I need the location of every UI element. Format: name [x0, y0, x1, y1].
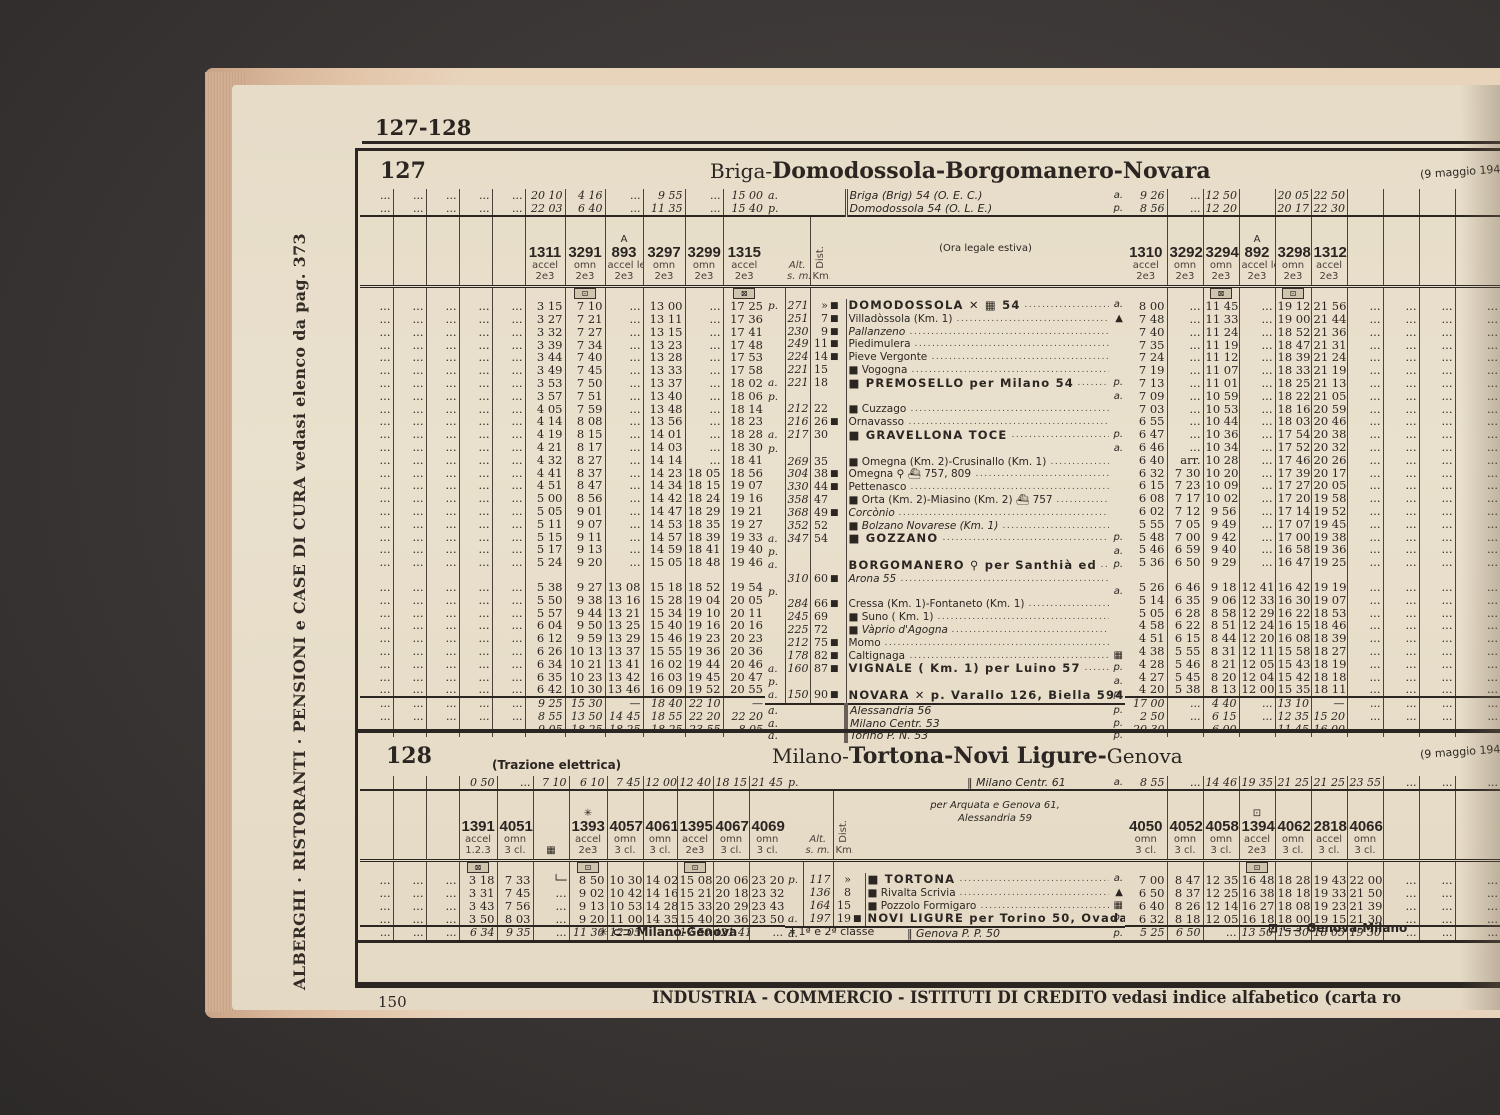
time-row: ...............4 418 37...14 2318 0518 5…: [360, 467, 765, 480]
time-row: ...............4 518 47...14 3418 1519 0…: [360, 479, 765, 492]
time-row: .........3 317 45...9 0210 4214 1615 212…: [360, 887, 785, 900]
time-cell: 10 20: [1203, 467, 1239, 480]
train-column-header: 3292omn2e3: [1167, 216, 1203, 286]
time-cell: ...: [360, 377, 393, 390]
train-header-row: 4050omn3 cl.4052omn3 cl.4058omn3 cl.⊡139…: [1125, 790, 1500, 860]
time-cell: 20 46: [723, 658, 765, 671]
station-name: Pettenasco..............................…: [846, 481, 1125, 494]
time-cell: 19 16: [685, 619, 723, 632]
time-cell: ...: [492, 492, 525, 505]
station-label: ■ Vàprio d'Agogna: [849, 624, 950, 636]
station-row: 28466■Cressa (Km. 1)-Fontaneto (Km. 1)..…: [765, 598, 1125, 611]
time-cell: ...: [605, 415, 643, 428]
station-label: Omegna ⚲ ⛴ 757, 809: [849, 468, 974, 480]
time-cell: ...: [492, 377, 525, 390]
time-cell: ...: [1167, 390, 1203, 403]
arr-dep-marker: a.: [1114, 586, 1123, 599]
time-cell: 19 16: [723, 492, 765, 505]
time-cell: 13 37: [643, 377, 685, 390]
time-cell: ...: [459, 377, 492, 390]
time-cell: [605, 569, 643, 581]
altitude: 245: [785, 611, 810, 624]
time-cell: 16 48: [1239, 874, 1275, 887]
time-cell: ...: [426, 619, 459, 632]
connection-station-row: p.Domodossola 54 (O. L. E.)p.: [765, 202, 1125, 216]
train-category: accel legg.: [608, 260, 641, 271]
connection-time: ...: [459, 202, 492, 216]
station-name: VIGNALE ( Km. 1) per Luino 57...........…: [846, 662, 1125, 676]
train-category: accel: [572, 834, 605, 845]
altitude: 304: [785, 468, 810, 481]
time-cell: ...: [360, 556, 393, 569]
time-cell: 18 39: [1275, 351, 1311, 364]
time-cell: 19 52: [1311, 505, 1347, 518]
train-class: 2e3: [688, 271, 721, 282]
cell: [810, 189, 830, 202]
time-cell: ...: [492, 645, 525, 658]
service-symbol: ⊠: [723, 286, 765, 300]
distance: 35: [810, 456, 830, 469]
connection-time: —: [605, 697, 643, 711]
time-cell: 10 44: [1203, 415, 1239, 428]
time-cell: ...: [1347, 467, 1383, 480]
train-column-header: [1419, 216, 1455, 286]
time-cell: ...: [426, 531, 459, 544]
connection-time: 12 20: [1203, 202, 1239, 216]
station-marker-icon: ■: [830, 338, 846, 351]
time-cell: ...: [393, 632, 426, 645]
time-row: ...............5 119 07...14 5318 3519 2…: [360, 518, 765, 531]
connection-times-row: 0 50...7 106 107 4512 0012 4018 1521 45: [360, 776, 785, 790]
arr-dep-marker: a.: [1114, 189, 1123, 202]
time-cell: 14 53: [643, 518, 685, 531]
distance: 66: [810, 598, 830, 611]
train-column-header: 3291omn2e3: [565, 216, 605, 286]
time-cell: 8 27: [565, 454, 605, 467]
connection-time: 22 20: [685, 711, 723, 724]
station-row: p.117»■ TORTONA.........................…: [785, 873, 1125, 887]
time-row: 5 487 009 42...17 0019 38............: [1125, 531, 1500, 544]
time-cell: └─: [533, 874, 569, 887]
altitude: 352: [785, 520, 810, 533]
connection-time: 22 20: [723, 711, 765, 724]
time-cell: 10 30: [565, 683, 605, 697]
time-cell: ...: [393, 313, 426, 326]
station-marker-icon: ■: [830, 326, 846, 339]
station-row: 36849■Corcònio..........................…: [765, 507, 1125, 520]
service-symbols-row: ⊡: [1125, 860, 1500, 874]
dining-car-icon: ⊡: [684, 862, 706, 873]
connection-time: ...: [1167, 202, 1203, 216]
time-cell: 6 02: [1125, 505, 1167, 518]
connection-time: [1419, 202, 1455, 216]
connection-time: 8 55: [1125, 776, 1167, 790]
connection-time: 15 30: [565, 697, 605, 711]
time-cell: 13 33: [643, 364, 685, 377]
time-cell: 5 36: [1125, 556, 1167, 569]
distance: [810, 391, 830, 404]
station-row: 26935■ Omegna (Km. 2)-Crusinallo (Km. 1)…: [765, 456, 1125, 469]
distance: 49: [810, 507, 830, 520]
time-cell: ...: [1239, 531, 1275, 544]
time-row: 7 008 4712 3516 4818 2819 4322 00.......…: [1125, 874, 1500, 887]
time-cell: 8 37: [1167, 887, 1203, 900]
time-cell: ...: [459, 415, 492, 428]
station-marker-icon: [830, 532, 846, 546]
train-column-header: [1383, 790, 1419, 860]
train-column-header: [360, 790, 393, 860]
time-cell: ...: [1419, 607, 1455, 620]
time-cell: ...: [1347, 313, 1383, 326]
connection-time: 6 15: [1203, 711, 1239, 724]
time-cell: ...: [1383, 479, 1419, 492]
time-cell: ...: [685, 339, 723, 352]
time-cell: 19 52: [685, 683, 723, 697]
station-label: ■ GRAVELLONA TOCE: [849, 429, 1010, 442]
time-cell: 7 19: [1125, 364, 1167, 377]
time-cell: 20 16: [723, 619, 765, 632]
time-cell: ...: [360, 913, 393, 927]
time-cell: ...: [360, 428, 393, 441]
connection-time: ...: [492, 711, 525, 724]
station-name: Villadòssola (Km. 1)....................…: [846, 313, 1125, 326]
time-cell: ...: [605, 390, 643, 403]
station-name: Pieve Vergonte..........................…: [846, 351, 1125, 364]
time-cell: 5 55: [1167, 645, 1203, 658]
station-name: Ornavasso...............................…: [846, 416, 1125, 429]
connection-time: ...: [1419, 697, 1455, 711]
train-number: 4050: [1127, 819, 1165, 834]
train-number: 4052: [1170, 819, 1201, 834]
time-cell: ...: [1347, 454, 1383, 467]
station-row: 21222■ Cuzzago..........................…: [765, 403, 1125, 416]
cell: [785, 860, 803, 873]
altitude: [785, 443, 810, 456]
station-row: a.34754■ GOZZANO........................…: [765, 532, 1125, 546]
time-cell: 19 45: [1311, 518, 1347, 531]
cell: [833, 860, 853, 873]
time-cell: ...: [685, 415, 723, 428]
time-cell: 5 17: [525, 543, 565, 556]
time-cell: 18 33: [1275, 364, 1311, 377]
arr-dep: p.: [765, 586, 785, 599]
time-row: 5 557 059 49...17 0719 45............: [1125, 518, 1500, 531]
connection-foot-row: ...............8 5513 5014 4518 5522 202…: [360, 711, 765, 724]
time-cell: 8 03: [497, 913, 533, 927]
time-cell: 4 51: [525, 479, 565, 492]
station-marker-icon: [853, 873, 865, 887]
station-label: ■ GOZZANO: [849, 532, 941, 545]
dining-car-icon: ⊠: [1210, 288, 1232, 299]
connection-time: ...: [1419, 926, 1455, 940]
time-cell: ...: [393, 479, 426, 492]
time-cell: ...: [1239, 556, 1275, 569]
train-number: 4067: [716, 819, 747, 834]
cell: [830, 286, 846, 299]
time-cell: 20 32: [1311, 441, 1347, 454]
time-cell: 18 16: [1275, 403, 1311, 416]
service-symbol: [459, 286, 492, 300]
time-cell: 20 59: [1311, 403, 1347, 416]
time-row: 7 48...11 33...19 0021 44............: [1125, 313, 1500, 326]
station-name: Pallanzeno..............................…: [846, 326, 1125, 339]
connection-time: 6 10: [569, 776, 607, 790]
time-cell: 19 46: [723, 556, 765, 569]
train-mark: A: [1242, 235, 1273, 245]
time-cell: 16 58: [1275, 543, 1311, 556]
connection-time: [393, 776, 426, 790]
train-column-header: 4066omn3 cl.: [1347, 790, 1383, 860]
time-cell: ...: [426, 479, 459, 492]
time-cell: 13 08: [605, 581, 643, 594]
time-cell: 18 47: [1275, 339, 1311, 352]
train-number: 1311: [528, 245, 563, 260]
time-cell: ...: [360, 415, 393, 428]
page-number: 150: [378, 993, 407, 1011]
time-cell: ...: [1383, 364, 1419, 377]
arr-dep: a.: [765, 704, 785, 718]
station-label: ■ TORTONA: [868, 873, 958, 886]
leader-dots: ........................................…: [885, 637, 1110, 650]
time-cell: ...: [459, 364, 492, 377]
time-cell: ...: [1383, 594, 1419, 607]
distance: [810, 546, 830, 559]
time-cell: 7 30: [1167, 467, 1203, 480]
altitude-label: Alt.: [805, 834, 831, 845]
time-cell: 20 36: [723, 645, 765, 658]
station-marker-icon: ■: [830, 299, 846, 313]
time-cell: ...: [1347, 619, 1383, 632]
station-marker-icon: ■: [830, 481, 846, 494]
time-cell: 6 40: [1125, 454, 1167, 467]
time-cell: 19 43: [1311, 874, 1347, 887]
time-cell: ...: [685, 390, 723, 403]
time-cell: 12 04: [1239, 671, 1275, 684]
time-cell: 6 32: [1125, 467, 1167, 480]
time-cell: 4 19: [525, 428, 565, 441]
distance: »: [810, 299, 830, 313]
time-cell: 17 58: [723, 364, 765, 377]
time-cell: 8 20: [1203, 671, 1239, 684]
time-cell: 10 53: [607, 900, 643, 913]
time-cell: ...: [459, 351, 492, 364]
time-cell: 9 38: [565, 594, 605, 607]
time-cell: ...: [360, 671, 393, 684]
connection-time: 9 55: [643, 189, 685, 202]
train-category: omn: [568, 260, 603, 271]
time-cell: 10 36: [1203, 428, 1239, 441]
train-column-header: A892accel legg.2e3: [1239, 216, 1275, 286]
service-symbol: [1347, 860, 1383, 874]
train-class: 3 cl.: [1127, 845, 1165, 856]
arr-dep: [765, 624, 785, 637]
train-class: 3 cl.: [716, 845, 747, 856]
time-cell: ...: [1419, 377, 1455, 390]
time-cell: ...: [1383, 339, 1419, 352]
time-cell: ...: [393, 454, 426, 467]
time-row: 6 327 3010 20...17 3920 17............: [1125, 467, 1500, 480]
arr-dep: [785, 900, 803, 913]
service-symbols-row: ⊠⊡⊡: [360, 860, 785, 874]
time-cell: ...: [1347, 505, 1383, 518]
train-class: 2e3: [608, 271, 641, 282]
distance-header: Dist.Km.: [810, 216, 830, 286]
time-cell: 4 58: [1125, 619, 1167, 632]
station-name: Momo....................................…: [846, 637, 1125, 650]
connection-time: ...: [605, 202, 643, 216]
arr-dep-marker: ▦: [1114, 900, 1123, 913]
time-cell: ...: [1419, 364, 1455, 377]
time-cell: ...: [605, 351, 643, 364]
time-cell: 4 32: [525, 454, 565, 467]
altitude: 251: [785, 313, 810, 326]
train-category: accel: [1127, 260, 1165, 271]
time-cell: 6 50: [1125, 887, 1167, 900]
table-title-128: Milano-Tortona-Novi Ligure-Genova: [772, 743, 1183, 769]
station-name: a.: [846, 443, 1125, 456]
connection-time: 19 35: [1239, 776, 1275, 790]
connection-station-row: p.‖ Milano Centr. 61a.: [785, 776, 1125, 790]
leader-dots: ........................................…: [915, 338, 1110, 351]
arr-dep: a.: [765, 377, 785, 391]
time-cell: 15 46: [643, 632, 685, 645]
station-marker-icon: [830, 456, 846, 469]
time-cell: 20 38: [1311, 428, 1347, 441]
service-symbols-row: ⊡⊠: [360, 286, 765, 300]
time-cell: 13 37: [605, 645, 643, 658]
station-label: Caltignaga: [849, 650, 908, 662]
station-label: VIGNALE ( Km. 1) per Luino 57: [849, 662, 1083, 675]
time-row: ...............5 159 11...14 5718 3919 3…: [360, 531, 765, 544]
time-cell: ...: [1347, 428, 1383, 441]
time-cell: ...: [1383, 326, 1419, 339]
train-column-header: [1347, 216, 1383, 286]
train-number: 4057: [610, 819, 641, 834]
time-cell: ...: [492, 594, 525, 607]
station-row: 24569■ Suno ( Km. 1)....................…: [765, 611, 1125, 624]
time-row: 8 00...11 45...19 1221 56............: [1125, 300, 1500, 313]
connection-times-row: ...............20 104 16...9 55...15 00: [360, 189, 765, 202]
time-row: ...............6 3410 2113 4116 0219 442…: [360, 658, 765, 671]
train-number: 4069: [752, 819, 784, 834]
time-cell: 10 59: [1203, 390, 1239, 403]
time-cell: ...: [1383, 403, 1419, 416]
time-cell: ...: [426, 581, 459, 594]
connection-time: [1383, 189, 1419, 202]
train-column-header: 4067omn3 cl.: [713, 790, 749, 860]
time-cell: 10 42: [607, 887, 643, 900]
service-symbol: [492, 286, 525, 300]
cell: [810, 202, 830, 216]
time-row: 7 03...10 53...18 1620 59............: [1125, 403, 1500, 416]
altitude: 224: [785, 351, 810, 364]
altitude: 216: [785, 416, 810, 429]
time-cell: ...: [1383, 874, 1419, 887]
time-cell: 15 58: [1275, 645, 1311, 658]
altitude: 160: [785, 662, 810, 676]
service-symbol: [1419, 860, 1455, 874]
arr-dep-marker: p.: [1113, 662, 1123, 675]
time-cell: 14 14: [643, 454, 685, 467]
station-marker-icon: ■: [830, 650, 846, 663]
distance: 38: [810, 468, 830, 481]
dining-car-icon: ⊠: [733, 288, 755, 299]
service-symbol: [393, 286, 426, 300]
train-column-header: [426, 790, 459, 860]
dining-car-icon: ⊡: [1282, 288, 1304, 299]
altitude: 212: [785, 403, 810, 416]
time-cell: ...: [1167, 300, 1203, 313]
train-class: 2e3: [1242, 845, 1273, 856]
station-row: 22414■Pieve Vergonte....................…: [765, 351, 1125, 364]
connection-station-row: a.Briga (Brig) 54 (O. E. C.)a.: [765, 189, 1125, 202]
time-cell: 13 48: [643, 403, 685, 416]
time-cell: 17 53: [723, 351, 765, 364]
time-cell: 9 50: [565, 619, 605, 632]
time-cell: ...: [1347, 403, 1383, 416]
time-row: ...............6 4210 3013 4616 0919 522…: [360, 683, 765, 697]
time-cell: 14 28: [643, 900, 677, 913]
traction-note: (Trazione elettrica): [492, 758, 621, 772]
time-cell: 6 15: [1125, 479, 1167, 492]
train-column-header: 1310accel2e3: [1125, 216, 1167, 286]
time-cell: 15 21: [677, 887, 713, 900]
time-row: 7 35...11 19...18 4721 31............: [1125, 339, 1500, 352]
time-cell: 6 42: [525, 683, 565, 697]
leader-dots: ........................................…: [981, 900, 1110, 913]
time-cell: 8 50: [569, 874, 607, 887]
time-cell: ...: [492, 339, 525, 352]
leader-dots: ........................................…: [912, 364, 1110, 377]
time-cell: 19 27: [723, 518, 765, 531]
time-cell: ...: [1239, 518, 1275, 531]
station-name: DOMODOSSOLA ✕ ▦ 54......................…: [846, 299, 1125, 313]
time-row: .........3 187 33└─8 5010 3014 0215 0820…: [360, 874, 785, 887]
time-cell: 17 39: [1275, 467, 1311, 480]
time-cell: ...: [426, 390, 459, 403]
station-marker-icon: ■: [830, 313, 846, 326]
time-cell: ...: [459, 531, 492, 544]
time-cell: ...: [1239, 403, 1275, 416]
distance: 11: [810, 338, 830, 351]
time-cell: 15 28: [643, 594, 685, 607]
station-label: Pettenasco: [849, 481, 909, 493]
time-cell: ...: [1239, 543, 1275, 556]
dining-car-icon: ⊠: [467, 862, 489, 873]
leader-dots: ........................................…: [1078, 377, 1110, 390]
connection-time: ...: [497, 776, 533, 790]
time-cell: 18 35: [685, 518, 723, 531]
arr-dep: a.: [765, 662, 785, 676]
time-cell: ...: [459, 683, 492, 697]
time-cell: ...: [459, 556, 492, 569]
station-marker-icon: [830, 676, 846, 689]
time-cell: [1167, 569, 1203, 581]
time-cell: 18 19: [1311, 658, 1347, 671]
time-cell: ...: [393, 913, 426, 927]
station-name: ■ GRAVELLONA TOCE.......................…: [846, 429, 1125, 443]
distance: 90: [810, 689, 830, 704]
train-category: omn: [1170, 834, 1201, 845]
distance: 72: [810, 624, 830, 637]
time-cell: ...: [605, 531, 643, 544]
arr-dep-marker: p.: [1113, 689, 1123, 702]
arr-dep: [765, 456, 785, 469]
service-symbol: [1239, 286, 1275, 300]
train-category: omn: [1278, 260, 1309, 271]
cell: [785, 286, 810, 299]
leader-dots: ........................................…: [1101, 559, 1110, 572]
